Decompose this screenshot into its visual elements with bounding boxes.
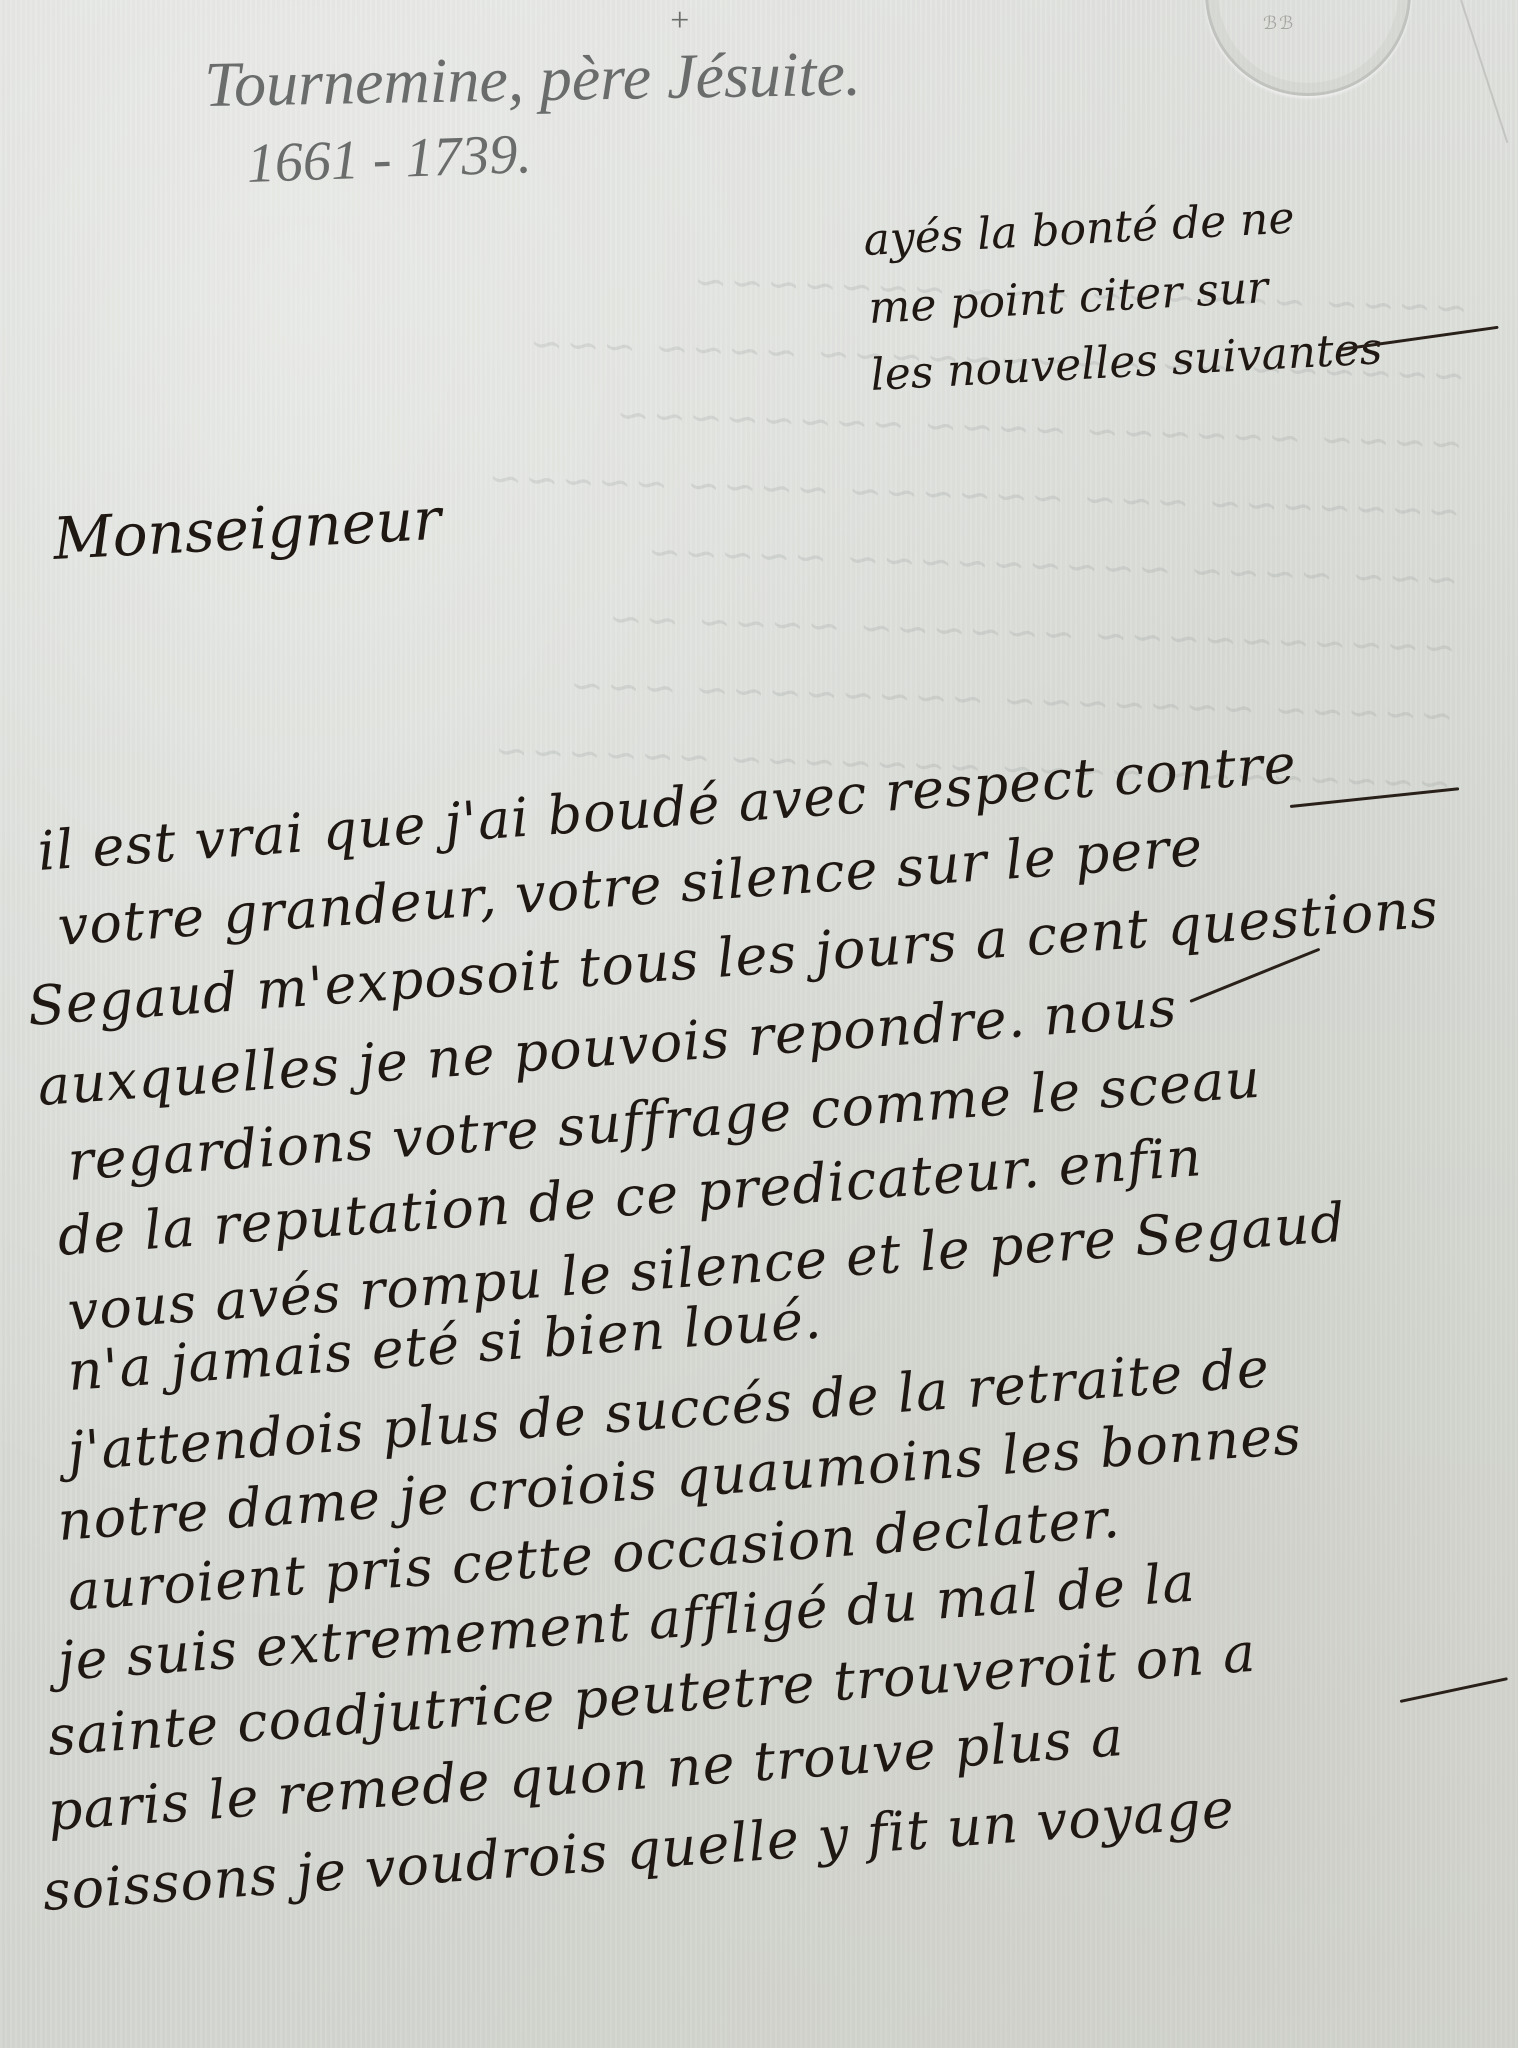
archival-attribution-name: Tournemine, père Jésuite. <box>204 37 862 122</box>
line-4-flourish <box>1189 948 1320 1003</box>
paper-fold-mark <box>1460 0 1508 143</box>
seal-monogram: ℬℬ <box>1263 13 1295 34</box>
pencil-cross-mark: + <box>668 2 691 40</box>
archival-attribution-dates: 1661 - 1739. <box>246 122 533 196</box>
embossed-seal: ℬℬ <box>1205 0 1411 96</box>
margin-note-line-1: ayés la bonté de ne <box>862 192 1295 266</box>
line-15-flourish <box>1400 1677 1508 1703</box>
letter-page: ~~~~ ~~~~~~ ~~~ ~~~~~~~ ~~~~~~ ~~ ~~~~~~… <box>0 0 1518 2048</box>
